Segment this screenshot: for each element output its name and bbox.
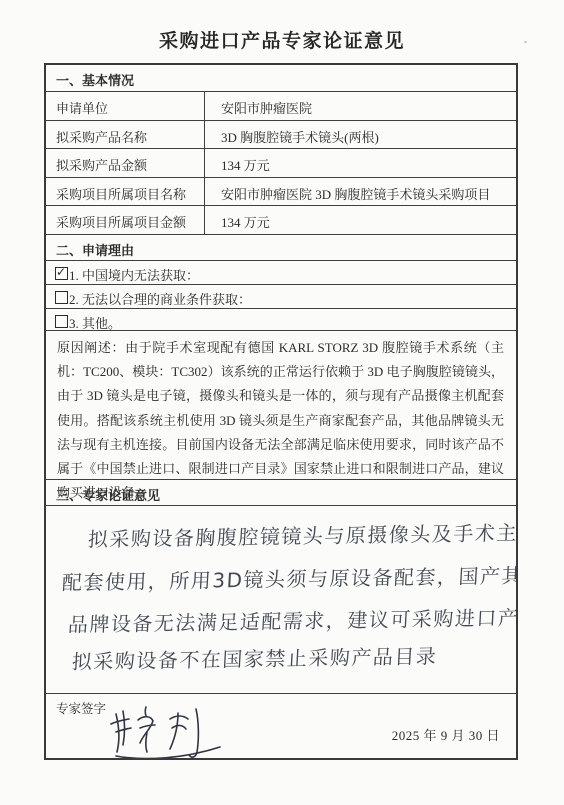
field-label: 拟采购产品名称 bbox=[46, 121, 205, 148]
field-row-product-name: 拟采购产品名称 3D 胸腹腔镜手术镜头(两根) bbox=[46, 121, 516, 149]
signature-label: 专家签字 bbox=[56, 699, 106, 717]
field-row-project-name: 采购项目所属项目名称 安阳市肿瘤医院 3D 胸腹腔镜手术镜头采购项目 bbox=[46, 178, 516, 206]
field-value: 3D 胸腹腔镜手术镜头(两根) bbox=[205, 121, 516, 148]
section-basic-info-header: 一、基本情况 bbox=[46, 65, 516, 92]
signature-row: 专家签字 2025 年 9 月 30 bbox=[46, 694, 516, 758]
reason-statement-block: 原因阐述：由于院手术室现配有德国 KARL STORZ 3D 腹腔镜手术系统（主… bbox=[46, 331, 516, 480]
field-label: 采购项目所属项目金额 bbox=[46, 206, 205, 234]
document-page: 采购进口产品专家论证意见 一、基本情况 申请单位 安阳市肿瘤医院 拟采购产品名称… bbox=[0, 0, 564, 805]
section-opinion-title: 三、专家论证意见 bbox=[56, 488, 160, 503]
section-reasons-header: 二、申请理由 bbox=[46, 235, 516, 261]
signature-date: 2025 年 9 月 30 日 bbox=[392, 725, 500, 744]
field-label: 拟采购产品金额 bbox=[46, 149, 205, 177]
handwritten-line: 品牌设备无法满足适配需求，建议可采购进口产品 bbox=[67, 601, 516, 637]
section-reasons-title: 二、申请理由 bbox=[56, 243, 134, 258]
field-value: 安阳市肿瘤医院 3D 胸腹腔镜手术镜头采购项目 bbox=[205, 178, 516, 205]
form-table: 一、基本情况 申请单位 安阳市肿瘤医院 拟采购产品名称 3D 胸腹腔镜手术镜头(… bbox=[44, 63, 518, 760]
document-title: 采购进口产品专家论证意见 bbox=[0, 26, 564, 53]
reason-option-label: 1. 中国境内无法获取： bbox=[69, 265, 199, 284]
reason-option-1: 1. 中国境内无法获取： bbox=[46, 261, 516, 285]
reason-option-label: 3. 其他。 bbox=[69, 313, 121, 332]
field-value: 134 万元 bbox=[205, 206, 516, 234]
field-label: 采购项目所属项目名称 bbox=[46, 178, 205, 205]
reason-option-2: 2. 无法以合理的商业条件获取： bbox=[46, 285, 516, 309]
field-label: 申请单位 bbox=[46, 92, 205, 120]
reason-checkbox-1 bbox=[55, 267, 68, 280]
reason-option-label: 2. 无法以合理的商业条件获取： bbox=[69, 289, 251, 308]
handwritten-line: 配套使用，所用3D镜头须与原设备配套，国产其他 bbox=[61, 559, 516, 596]
section-opinion-header: 三、专家论证意见 bbox=[46, 480, 516, 506]
section-basic-info-title: 一、基本情况 bbox=[56, 73, 134, 88]
field-value: 134 万元 bbox=[205, 149, 516, 177]
handwritten-line: 拟采购设备胸腹腔镜镜头与原摄像头及手术主机 bbox=[87, 516, 516, 552]
handwritten-line: 拟采购设备不在国家禁止采购产品目录 bbox=[71, 640, 438, 675]
field-row-project-amount: 采购项目所属项目金额 134 万元 bbox=[46, 206, 516, 235]
expert-opinion-handwriting-area: 拟采购设备胸腹腔镜镜头与原摄像头及手术主机 配套使用，所用3D镜头须与原设备配套… bbox=[46, 506, 516, 694]
reason-checkbox-2 bbox=[55, 291, 68, 304]
field-row-applicant: 申请单位 安阳市肿瘤医院 bbox=[46, 92, 516, 121]
field-value: 安阳市肿瘤医院 bbox=[205, 92, 516, 120]
reason-option-3: 3. 其他。 bbox=[46, 309, 516, 331]
field-row-product-amount: 拟采购产品金额 134 万元 bbox=[46, 149, 516, 178]
expert-signature-scribble bbox=[108, 702, 238, 758]
reason-checkbox-3 bbox=[55, 315, 68, 328]
